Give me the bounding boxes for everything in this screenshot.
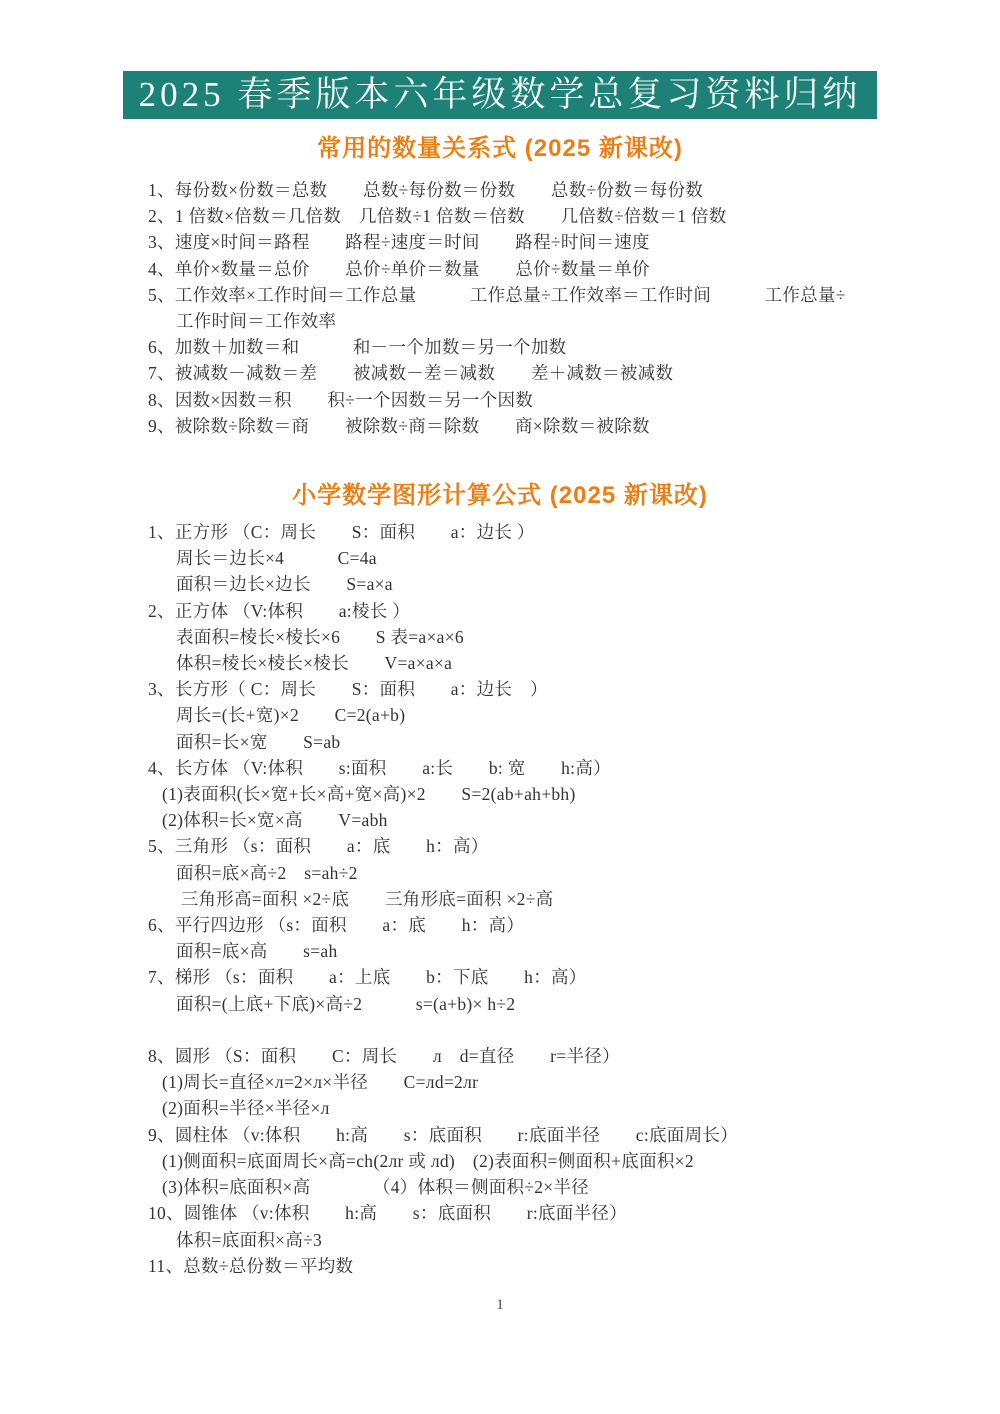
formula-line: 4、长方体 （V:体积 s:面积 a:长 b: 宽 h:高） [148, 755, 892, 781]
formula-line: (2)体积=长×宽×高 V=abh [148, 807, 892, 833]
formula-line: 4、单价×数量＝总价 总价÷单价＝数量 总价÷数量＝单价 [148, 256, 892, 282]
formula-line: 体积=底面积×高÷3 [148, 1227, 892, 1253]
formula-line: (3)体积=底面积×高 （4）体积＝侧面积÷2×半径 [148, 1174, 892, 1200]
formula-line: (1)周长=直径×л=2×л×半径 C=лd=2лr [148, 1069, 892, 1095]
formula-line: 面积=长×宽 S=ab [148, 729, 892, 755]
formula-line: 3、速度×时间＝路程 路程÷速度＝时间 路程÷时间＝速度 [148, 229, 892, 255]
formula-line: 8、圆形 （S：面积 C：周长 л d=直径 r=半径） [148, 1043, 892, 1069]
formula-line: 工作时间＝工作效率 [148, 308, 892, 334]
formula-line: 11、总数÷总份数＝平均数 [148, 1253, 892, 1279]
formula-line: 5、工作效率×工作时间＝工作总量 工作总量÷工作效率＝工作时间 工作总量÷ [148, 282, 892, 308]
section-heading-quantity-relations: 常用的数量关系式 (2025 新课改) [0, 133, 1000, 165]
formula-line: 面积＝边长×边长 S=a×a [148, 571, 892, 597]
formula-list-quantity-relations: 1、每份数×份数＝总数 总数÷每份数＝份数 总数÷份数＝每份数2、1 倍数×倍数… [0, 177, 1000, 439]
formula-line: 5、三角形 （s：面积 a：底 h：高） [148, 833, 892, 859]
formula-line: 面积=底×高÷2 s=ah÷2 [148, 860, 892, 886]
formula-line: 面积=(上底+下底)×高÷2 s=(a+b)× h÷2 [148, 991, 892, 1017]
formula-list-geometry-formulas: 1、正方形 （C：周长 S：面积 a：边长 ）周长＝边长×4 C=4a面积＝边长… [0, 519, 1000, 1279]
formula-line: 1、每份数×份数＝总数 总数÷每份数＝份数 总数÷份数＝每份数 [148, 177, 892, 203]
formula-line: 9、被除数÷除数＝商 被除数÷商＝除数 商×除数＝被除数 [148, 413, 892, 439]
section-quantity-relations: 常用的数量关系式 (2025 新课改) 1、每份数×份数＝总数 总数÷每份数＝份… [0, 133, 1000, 439]
formula-line: 1、正方形 （C：周长 S：面积 a：边长 ） [148, 519, 892, 545]
formula-line: 2、1 倍数×倍数＝几倍数 几倍数÷1 倍数＝倍数 几倍数÷倍数＝1 倍数 [148, 203, 892, 229]
formula-line: 3、长方形（ C：周长 S：面积 a：边长 ） [148, 676, 892, 702]
formula-line: (1)侧面积=底面周长×高=ch(2лr 或 лd) (2)表面积=侧面积+底面… [148, 1148, 892, 1174]
banner-container: 2025 春季版本六年级数学总复习资料归纳 [0, 0, 1000, 119]
formula-line: 6、加数＋加数＝和 和－一个加数＝另一个加数 [148, 334, 892, 360]
formula-line: 2、正方体 （V:体积 a:棱长 ） [148, 598, 892, 624]
section-geometry-formulas: 小学数学图形计算公式 (2025 新课改) 1、正方形 （C：周长 S：面积 a… [0, 480, 1000, 1279]
formula-line: 7、梯形 （s：面积 a：上底 b：下底 h：高） [148, 964, 892, 990]
document-title-banner: 2025 春季版本六年级数学总复习资料归纳 [123, 71, 878, 119]
formula-line [148, 1017, 892, 1043]
formula-line: 7、被减数－减数＝差 被减数－差＝减数 差＋减数＝被减数 [148, 360, 892, 386]
section-heading-geometry-formulas: 小学数学图形计算公式 (2025 新课改) [0, 480, 1000, 512]
formula-line: 10、圆锥体 （v:体积 h:高 s：底面积 r:底面半径） [148, 1200, 892, 1226]
document-page: 2025 春季版本六年级数学总复习资料归纳 常用的数量关系式 (2025 新课改… [0, 0, 1000, 1414]
formula-line: 体积=棱长×棱长×棱长 V=a×a×a [148, 650, 892, 676]
formula-line: 6、平行四边形 （s：面积 a：底 h：高） [148, 912, 892, 938]
formula-line: 三角形高=面积 ×2÷底 三角形底=面积 ×2÷高 [148, 886, 892, 912]
formula-line: 8、因数×因数＝积 积÷一个因数＝另一个因数 [148, 387, 892, 413]
formula-line: (2)面积=半径×半径×л [148, 1095, 892, 1121]
formula-line: 面积=底×高 s=ah [148, 938, 892, 964]
formula-line: 周长＝边长×4 C=4a [148, 545, 892, 571]
formula-line: 表面积=棱长×棱长×6 S 表=a×a×6 [148, 624, 892, 650]
formula-line: 9、圆柱体 （v:体积 h:高 s：底面积 r:底面半径 c:底面周长） [148, 1122, 892, 1148]
formula-line: 周长=(长+宽)×2 C=2(a+b) [148, 702, 892, 728]
page-number: 1 [0, 1297, 1000, 1314]
formula-line: (1)表面积(长×宽+长×高+宽×高)×2 S=2(ab+ah+bh) [148, 781, 892, 807]
